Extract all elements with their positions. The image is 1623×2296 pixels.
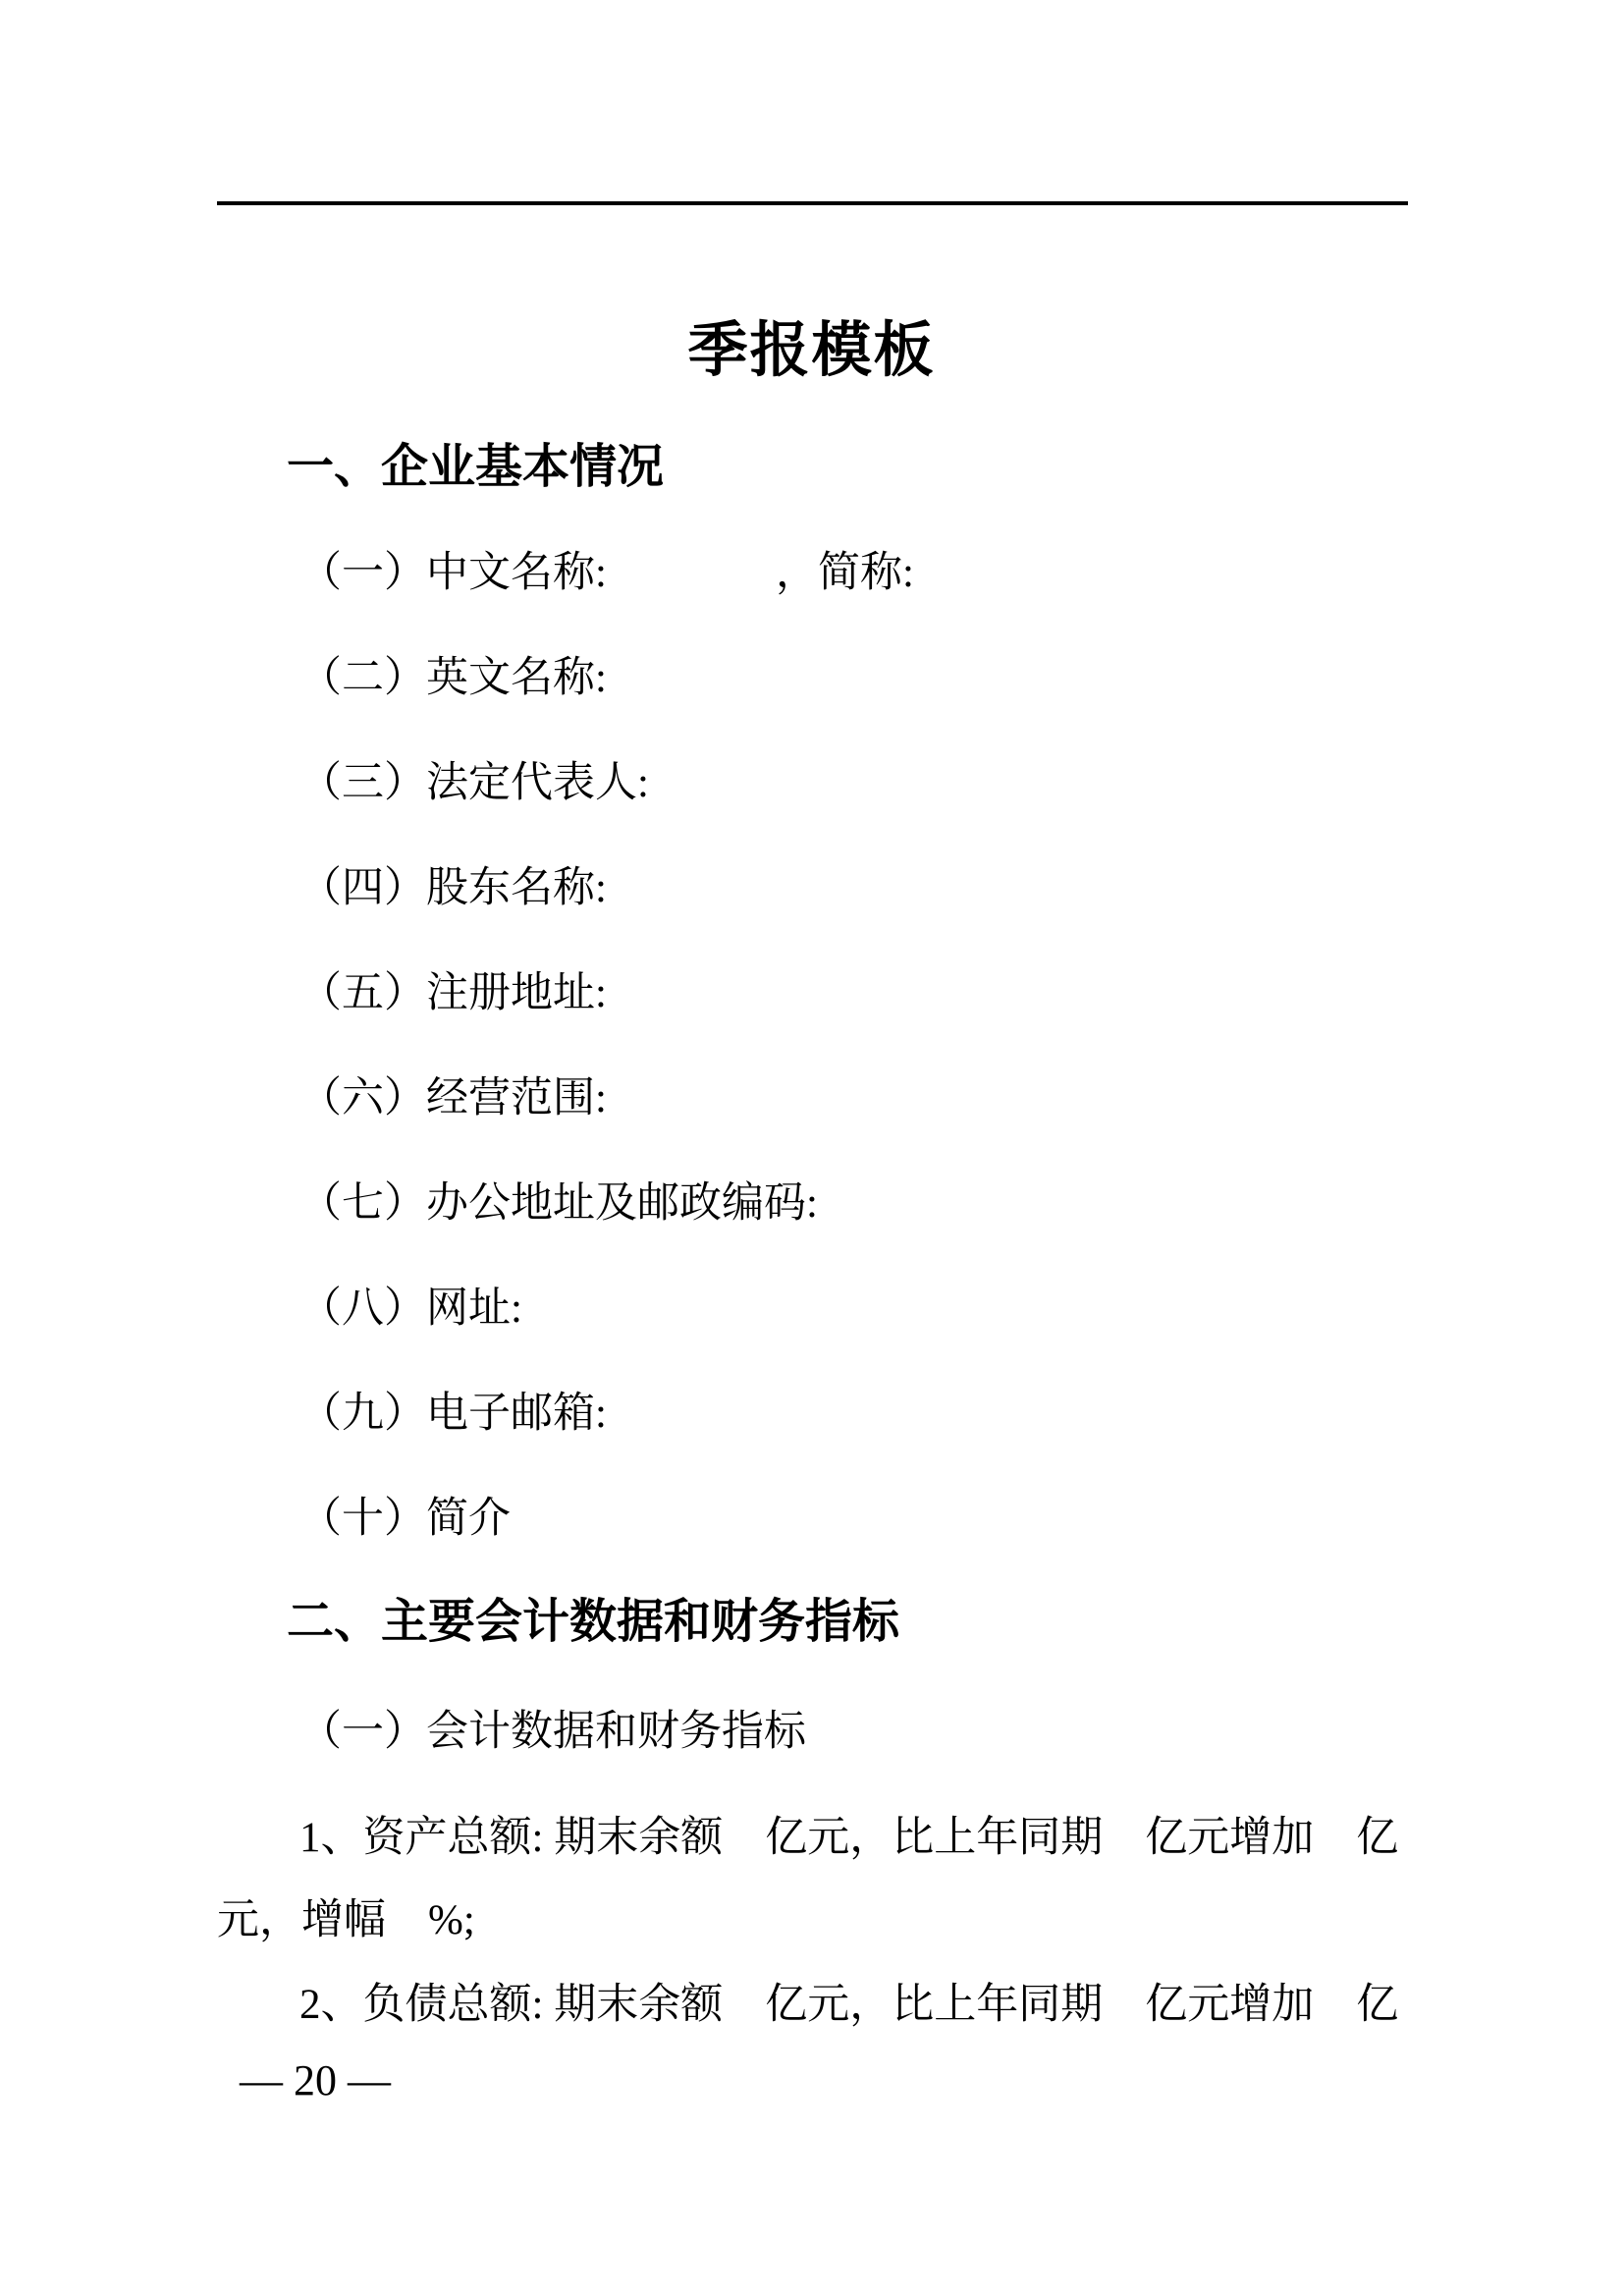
paragraph-total-assets-line-1: 1、资产总额: 期末余额 亿元，比上年同期 亿元增加 亿	[299, 1811, 1398, 1866]
paragraph-total-assets-line-2: 元，增幅 %;	[217, 1893, 475, 1948]
document-title: 季报模板	[0, 316, 1623, 383]
header-rule	[217, 201, 1408, 205]
page-number: — 20 —	[240, 2056, 391, 2105]
paragraph-total-liabilities-line-1: 2、负债总额: 期末余额 亿元，比上年同期 亿元增加 亿	[299, 1978, 1398, 2033]
item-business-scope: （六）经营范围:	[299, 1071, 607, 1126]
item-registered-address: （五）注册地址:	[299, 966, 607, 1021]
item-email: （九）电子邮箱:	[299, 1387, 607, 1442]
item-legal-representative: （三）法定代表人:	[299, 756, 649, 811]
item-chinese-name: （一）中文名称: ，简称:	[299, 546, 914, 601]
subheading-accounting-data: （一）会计数据和财务指标	[299, 1705, 806, 1760]
item-english-name: （二）英文名称:	[299, 651, 607, 706]
document-page: 季报模板 一、企业基本情况 （一）中文名称: ，简称: （二）英文名称: （三）…	[0, 0, 1623, 2296]
section-heading-1: 一、企业基本情况	[287, 440, 664, 495]
item-profile: （十）简介	[299, 1492, 511, 1547]
section-heading-2: 二、主要会计数据和财务指标	[287, 1595, 899, 1650]
item-office-address-postcode: （七）办公地址及邮政编码:	[299, 1176, 818, 1231]
item-shareholder-name: （四）股东名称:	[299, 861, 607, 916]
item-website: （八）网址:	[299, 1282, 522, 1337]
